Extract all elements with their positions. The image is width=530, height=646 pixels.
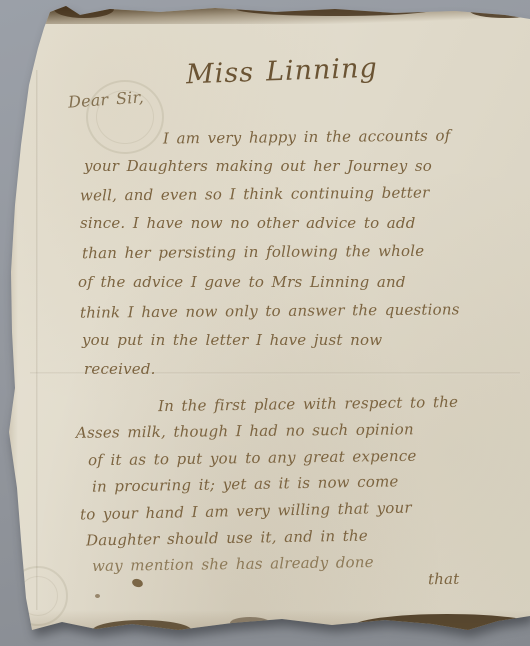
letter-line: than her persisting in following the who… (82, 244, 424, 261)
letter-line: your Daughters making out her Journey so (84, 159, 432, 174)
letter-line: of the advice I gave to Mrs Linning and (78, 275, 406, 290)
letter-line: think I have now only to answer the ques… (80, 302, 460, 320)
letter-line: to your hand I am very willing that your (80, 501, 412, 523)
letter-line: since. I have now no other advice to add (80, 216, 416, 231)
ink-blot (95, 594, 100, 598)
letter-line: In the first place with respect to the (158, 395, 458, 414)
letter-line: in procuring it; yet as it is now come (92, 474, 399, 494)
ink-blot (131, 577, 144, 588)
letter-line: well, and even so I think continuing bet… (80, 185, 430, 203)
paper-crease-vertical (36, 70, 39, 610)
letter-line: way mention she has already done (92, 555, 374, 574)
letter-line: of it as to put you to any great expence (88, 449, 417, 469)
letter-line: I am very happy in the accounts of (163, 128, 451, 146)
letter-line: received. (84, 362, 156, 377)
scan-backdrop: Miss Linning Dear Sir, I am very happy i… (0, 0, 530, 646)
letter-line: Daughter should use it, and in the (86, 529, 368, 549)
letter-line: Asses milk, though I had no such opinion (76, 422, 414, 441)
letter-catchword: that (428, 572, 460, 588)
letter-line: you put in the letter I have just now (82, 333, 382, 348)
letter-docket-title: Miss Linning (186, 55, 379, 89)
letter-page: Miss Linning Dear Sir, I am very happy i… (0, 0, 530, 646)
